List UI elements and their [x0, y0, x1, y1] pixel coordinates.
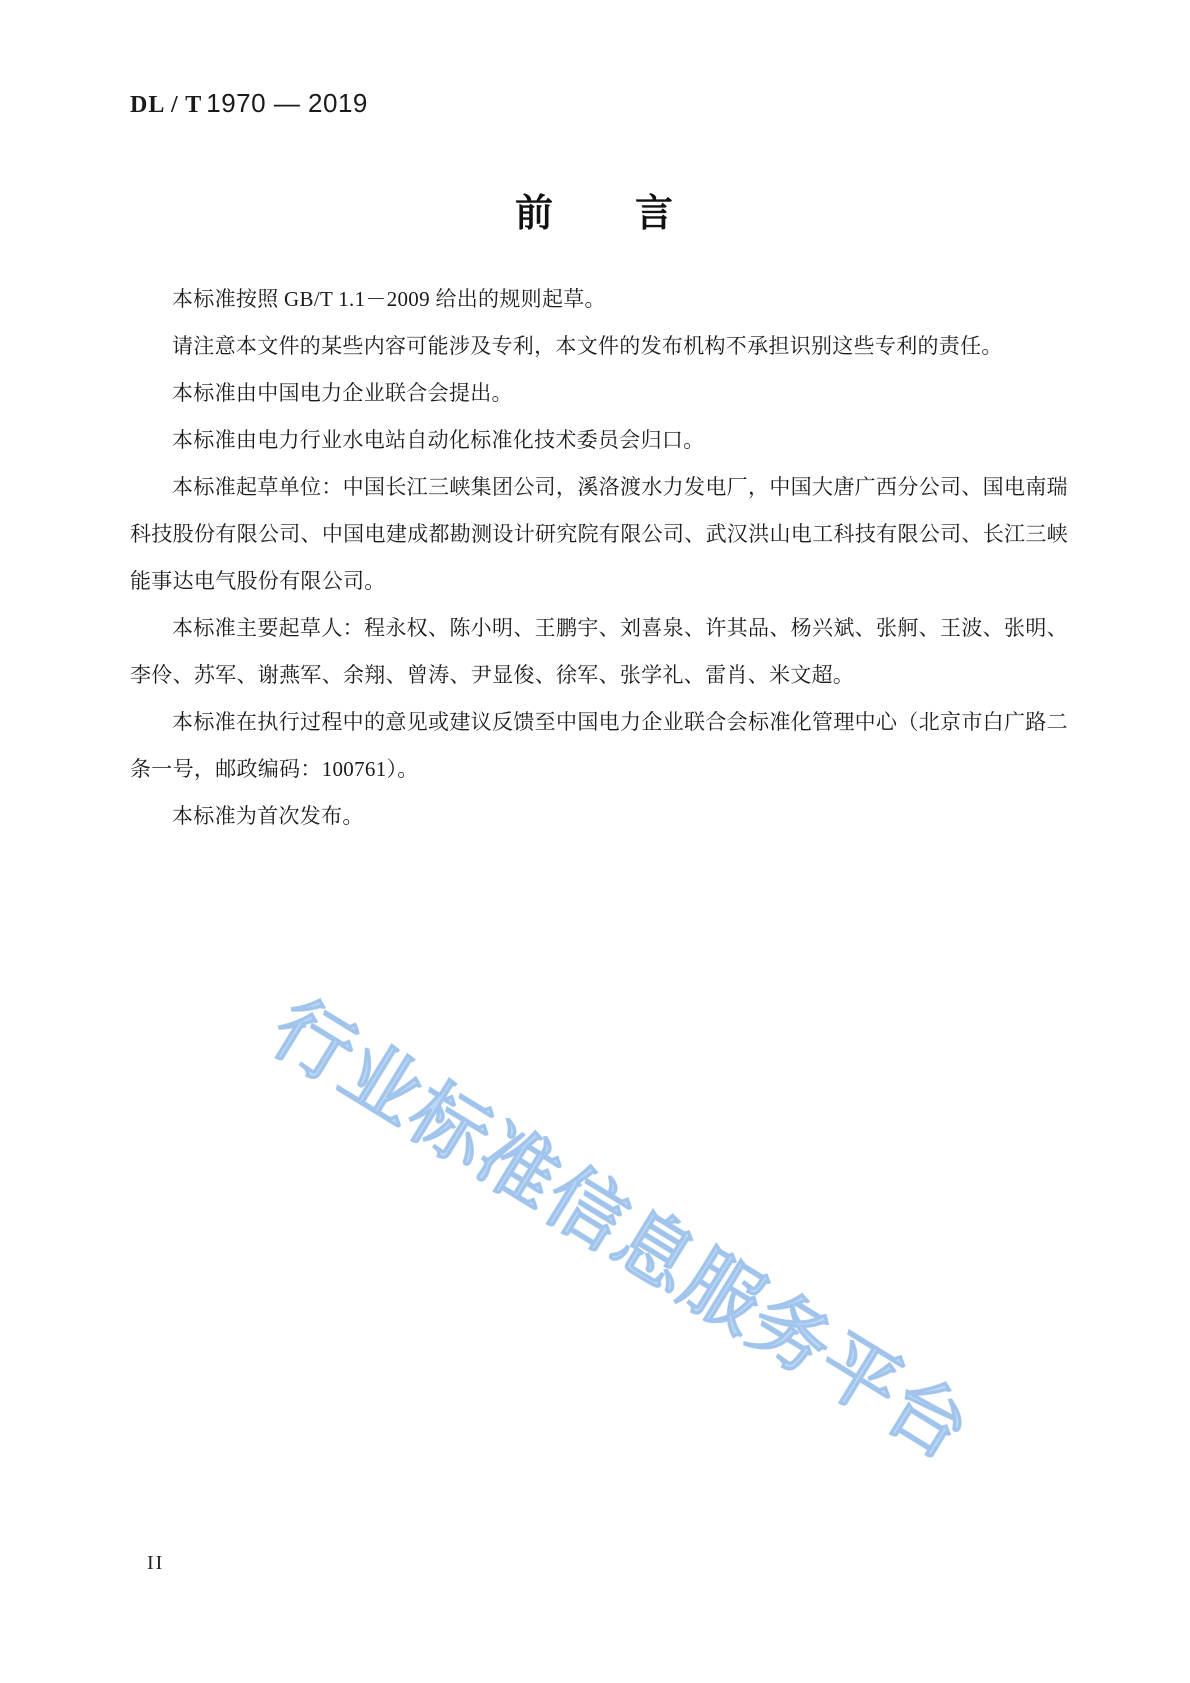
foreword-paragraph: 本标准起草单位：中国长江三峡集团公司，溪洛渡水力发电厂，中国大唐广西分公司、国电… — [130, 464, 1068, 605]
document-page: DL / T 1970 — 2019 前 言 本标准按照 GB/T 1.1－20… — [0, 0, 1190, 1683]
page-number: II — [147, 1552, 164, 1575]
standard-code-header: DL / T 1970 — 2019 — [130, 88, 368, 119]
foreword-paragraph: 本标准由电力行业水电站自动化标准化技术委员会归口。 — [130, 417, 1068, 464]
foreword-paragraph: 本标准在执行过程中的意见或建议反馈至中国电力企业联合会标准化管理中心（北京市白广… — [130, 699, 1068, 793]
foreword-paragraph: 请注意本文件的某些内容可能涉及专利，本文件的发布机构不承担识别这些专利的责任。 — [130, 323, 1068, 370]
standard-code-prefix: DL / T — [130, 92, 202, 118]
foreword-paragraph: 本标准为首次发布。 — [130, 793, 1068, 840]
foreword-paragraph: 本标准按照 GB/T 1.1－2009 给出的规则起草。 — [130, 276, 1068, 323]
foreword-body: 本标准按照 GB/T 1.1－2009 给出的规则起草。 请注意本文件的某些内容… — [130, 276, 1068, 840]
diagonal-watermark: 行业标准信息服务平台 — [254, 968, 995, 1482]
foreword-paragraph: 本标准主要起草人：程永权、陈小明、王鹏宇、刘喜泉、许其品、杨兴斌、张舸、王波、张… — [130, 605, 1068, 699]
foreword-paragraph: 本标准由中国电力企业联合会提出。 — [130, 370, 1068, 417]
standard-code-number: 1970 — 2019 — [206, 88, 368, 118]
page-title-foreword: 前 言 — [0, 182, 1190, 237]
